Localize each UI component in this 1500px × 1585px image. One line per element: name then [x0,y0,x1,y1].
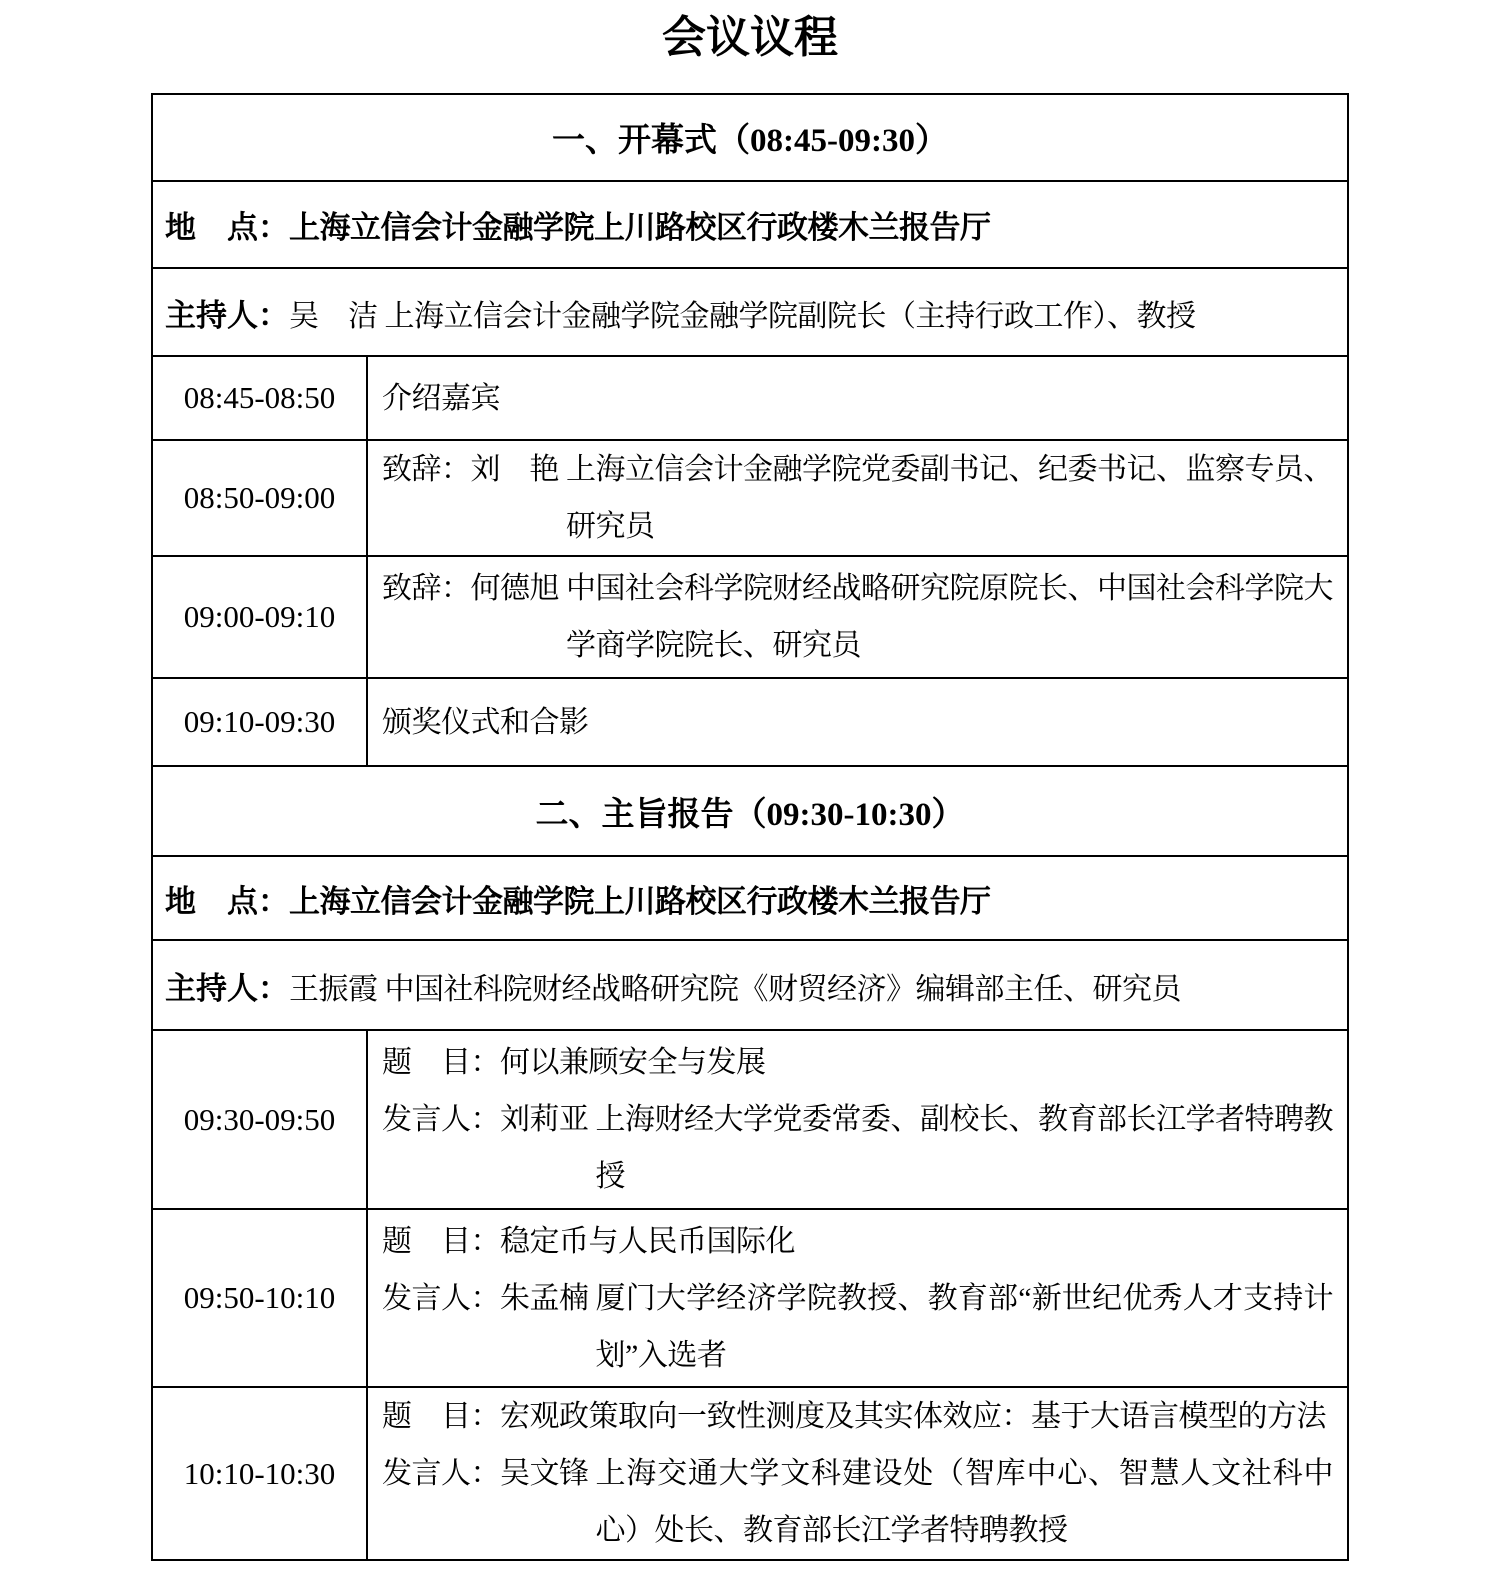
section-title: 一、开幕式 [552,121,717,158]
agenda-item-topic: 题 目：何以兼顾安全与发展 [382,1034,1333,1091]
location-label: 地 点： [165,210,289,245]
host-cell: 主持人：王振霞 中国社科院财经战略研究院《财贸经济》编辑部主任、研究员 [152,940,1348,1030]
agenda-item-text: 稳定币与人民币国际化 [500,1213,1333,1270]
section-header-row: 一、开幕式（08:45-09:30） [152,94,1348,181]
agenda-item: 致辞：何德旭 中国社会科学院财经战略研究院原院长、中国社会科学院大学商学院院长、… [382,560,1333,674]
page-title: 会议议程 [0,12,1500,64]
content-cell: 题 目：何以兼顾安全与发展 发言人：刘莉亚 上海财经大学党委常委、副校长、教育部… [367,1030,1348,1209]
host-value: 王振霞 中国社科院财经战略研究院《财贸经济》编辑部主任、研究员 [289,973,1181,1006]
section-header-row: 二、主旨报告（09:30-10:30） [152,766,1348,856]
agenda-item-prefix: 发言人：刘莉亚 [382,1091,596,1205]
agenda-item-topic: 题 目：宏观政策取向一致性测度及其实体效应：基于大语言模型的方法 [382,1388,1333,1445]
location-row: 地 点：上海立信会计金融学院上川路校区行政楼木兰报告厅 [152,856,1348,940]
time-cell: 08:50-09:00 [152,440,367,556]
agenda-item-prefix: 发言人：吴文锋 [382,1445,596,1559]
content-cell: 致辞：何德旭 中国社会科学院财经战略研究院原院长、中国社会科学院大学商学院院长、… [367,556,1348,678]
agenda-item-text: 上海财经大学党委常委、副校长、教育部长江学者特聘教授 [596,1091,1334,1205]
location-value: 上海立信会计金融学院上川路校区行政楼木兰报告厅 [289,210,991,245]
agenda-item-text: 厦门大学经济学院教授、教育部“新世纪优秀人才支持计划”入选者 [596,1270,1334,1384]
agenda-row: 09:30-09:50 题 目：何以兼顾安全与发展 发言人：刘莉亚 上海财经大学… [152,1030,1348,1209]
agenda-item-prefix: 致辞：何德旭 [382,560,566,674]
location-row: 地 点：上海立信会计金融学院上川路校区行政楼木兰报告厅 [152,181,1348,268]
agenda-item-speaker: 发言人：朱孟楠 厦门大学经济学院教授、教育部“新世纪优秀人才支持计划”入选者 [382,1270,1333,1384]
content-cell: 题 目：稳定币与人民币国际化 发言人：朱孟楠 厦门大学经济学院教授、教育部“新世… [367,1209,1348,1387]
agenda-item-text: 上海立信会计金融学院党委副书记、纪委书记、监察专员、研究员 [566,441,1333,555]
agenda-item-topic: 题 目：稳定币与人民币国际化 [382,1213,1333,1270]
agenda-item-prefix: 题 目： [382,1213,500,1270]
agenda-row: 08:45-08:50 介绍嘉宾 [152,356,1348,440]
agenda-item-prefix: 题 目： [382,1034,500,1091]
section-header-cell: 一、开幕式（08:45-09:30） [152,94,1348,181]
location-label: 地 点： [165,884,289,919]
host-value: 吴 洁 上海立信会计金融学院金融学院副院长（主持行政工作）、教授 [289,300,1196,333]
agenda-row: 09:00-09:10 致辞：何德旭 中国社会科学院财经战略研究院原院长、中国社… [152,556,1348,678]
location-value: 上海立信会计金融学院上川路校区行政楼木兰报告厅 [289,884,991,919]
location-cell: 地 点：上海立信会计金融学院上川路校区行政楼木兰报告厅 [152,181,1348,268]
agenda-item-text: 上海交通大学文科建设处（智库中心、智慧人文社科中心）处长、教育部长江学者特聘教授 [596,1445,1334,1559]
agenda-item-speaker: 发言人：刘莉亚 上海财经大学党委常委、副校长、教育部长江学者特聘教授 [382,1091,1333,1205]
agenda-item-prefix: 致辞：刘 艳 [382,441,566,555]
content-cell: 题 目：宏观政策取向一致性测度及其实体效应：基于大语言模型的方法 发言人：吴文锋… [367,1387,1348,1560]
agenda-row: 08:50-09:00 致辞：刘 艳 上海立信会计金融学院党委副书记、纪委书记、… [152,440,1348,556]
agenda-item-text: 宏观政策取向一致性测度及其实体效应：基于大语言模型的方法 [500,1388,1333,1445]
agenda-row: 10:10-10:30 题 目：宏观政策取向一致性测度及其实体效应：基于大语言模… [152,1387,1348,1560]
agenda-item-prefix: 发言人：朱孟楠 [382,1270,596,1384]
agenda-item-speaker: 发言人：吴文锋 上海交通大学文科建设处（智库中心、智慧人文社科中心）处长、教育部… [382,1445,1333,1559]
agenda-row: 09:10-09:30 颁奖仪式和合影 [152,678,1348,766]
agenda-item: 介绍嘉宾 [382,370,1333,427]
host-row: 主持人：王振霞 中国社科院财经战略研究院《财贸经济》编辑部主任、研究员 [152,940,1348,1030]
time-cell: 09:10-09:30 [152,678,367,766]
time-cell: 09:30-09:50 [152,1030,367,1209]
section-title: 二、主旨报告 [536,795,734,832]
agenda-item-text: 中国社会科学院财经战略研究院原院长、中国社会科学院大学商学院院长、研究员 [566,560,1333,674]
section-header-cell: 二、主旨报告（09:30-10:30） [152,766,1348,856]
section-time-range: （08:45-09:30） [717,123,948,159]
location-cell: 地 点：上海立信会计金融学院上川路校区行政楼木兰报告厅 [152,856,1348,940]
agenda-item-prefix: 题 目： [382,1388,500,1445]
host-row: 主持人：吴 洁 上海立信会计金融学院金融学院副院长（主持行政工作）、教授 [152,268,1348,356]
section-time-range: （09:30-10:30） [734,797,965,833]
agenda-row: 09:50-10:10 题 目：稳定币与人民币国际化 发言人：朱孟楠 厦门大学经… [152,1209,1348,1387]
agenda-item-text: 介绍嘉宾 [382,370,1333,427]
agenda-item-text: 何以兼顾安全与发展 [500,1034,1333,1091]
agenda-item-text: 颁奖仪式和合影 [382,694,1333,751]
agenda-item: 颁奖仪式和合影 [382,694,1333,751]
content-cell: 介绍嘉宾 [367,356,1348,440]
time-cell: 08:45-08:50 [152,356,367,440]
time-cell: 09:50-10:10 [152,1209,367,1387]
time-cell: 10:10-10:30 [152,1387,367,1560]
agenda-item: 致辞：刘 艳 上海立信会计金融学院党委副书记、纪委书记、监察专员、研究员 [382,441,1333,555]
host-cell: 主持人：吴 洁 上海立信会计金融学院金融学院副院长（主持行政工作）、教授 [152,268,1348,356]
host-label: 主持人： [165,298,289,333]
host-label: 主持人： [165,971,289,1006]
time-cell: 09:00-09:10 [152,556,367,678]
document-page: 会议议程 一、开幕式（08:45-09:30） 地 点：上海立信会计金融学院上川… [0,0,1500,1561]
content-cell: 颁奖仪式和合影 [367,678,1348,766]
content-cell: 致辞：刘 艳 上海立信会计金融学院党委副书记、纪委书记、监察专员、研究员 [367,440,1348,556]
agenda-table: 一、开幕式（08:45-09:30） 地 点：上海立信会计金融学院上川路校区行政… [151,93,1349,1561]
